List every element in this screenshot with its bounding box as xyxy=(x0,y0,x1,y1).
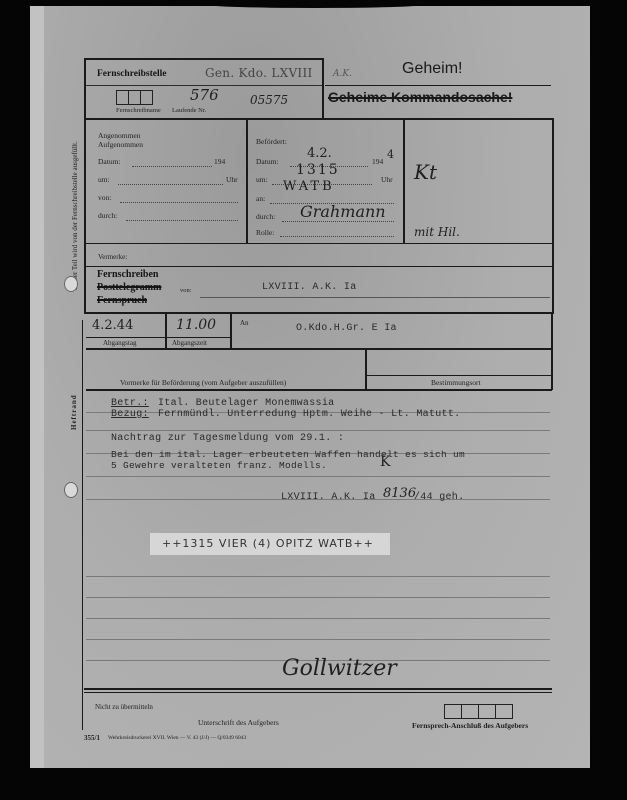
received-time-unit: Uhr xyxy=(226,175,238,184)
destination-line xyxy=(366,375,552,376)
binder-clip xyxy=(200,0,430,8)
ruled-line xyxy=(86,639,550,640)
block-divider-2 xyxy=(403,118,405,244)
type-telephone: Fernspruch xyxy=(97,295,147,306)
forwarded-roll-line xyxy=(280,236,394,237)
received-year: 194 xyxy=(214,157,225,166)
reference-label: Bezug: xyxy=(111,409,149,420)
station-stamp-suffix: A.K. xyxy=(333,69,352,79)
block-bottom-line xyxy=(84,243,552,244)
received-date-line xyxy=(132,166,212,167)
received-by-label: durch: xyxy=(98,211,117,220)
destination-label: Bestimmungsort xyxy=(431,378,481,387)
forwarded-year: 194 xyxy=(372,157,383,166)
classification-struck: Geheime Kommandosache! xyxy=(328,89,512,105)
body-line-3: 5 Gewehre veralteten franz. Modells. xyxy=(111,460,327,471)
body-line-2: Bei den im ital. Lager erbeuteten Waffen… xyxy=(111,449,465,460)
forwarded-time-label: um: xyxy=(256,175,268,184)
teletype-strip-text: ++1315 VIER (4) OPITZ WATB++ xyxy=(162,537,374,550)
ruled-line xyxy=(86,430,550,431)
serial-number-value: 05575 xyxy=(250,93,288,107)
reference-number-suffix: /44 geh. xyxy=(414,492,464,503)
punch-hole-bottom xyxy=(64,482,78,498)
received-by-line xyxy=(126,220,238,221)
forwarded-by-signature: Grahmann xyxy=(300,202,386,221)
footer-line-2 xyxy=(84,692,552,693)
reference-number-hand: 8136 xyxy=(383,486,416,501)
dispatch-date-label: Abgangstag xyxy=(103,339,136,347)
classification-divider xyxy=(325,85,551,86)
teletype-name-value: 576 xyxy=(190,86,219,104)
forwarded-title: Befördert: xyxy=(256,137,287,146)
to-value: O.Kdo.H.Gr. E Ia xyxy=(296,323,397,334)
received-time-label: um: xyxy=(98,175,110,184)
forwarded-date-value: 4.2. xyxy=(307,146,332,161)
dispatch-time-value: 11.00 xyxy=(176,317,216,333)
forwarded-by-label: durch: xyxy=(256,212,275,221)
dispatch-divider-2 xyxy=(230,314,232,349)
forwarded-to-value: WATB xyxy=(283,179,335,194)
type-post-telegram: Posttelegramm xyxy=(97,282,161,293)
forwarded-time-value: 1315 xyxy=(296,162,340,178)
margin-line xyxy=(82,320,83,730)
initials-mark: Kt xyxy=(414,160,437,184)
received-from-label: von: xyxy=(98,193,111,202)
block-divider-1 xyxy=(246,118,248,244)
ruled-line xyxy=(86,618,550,619)
remarks-label: Vermerke: xyxy=(98,253,127,261)
footer-line-1 xyxy=(84,688,552,690)
remarks-bottom-line xyxy=(84,266,552,267)
dispatch-time-label: Abgangszeit xyxy=(172,339,207,347)
type-teletype: Fernschreiben xyxy=(97,269,158,280)
to-label: An xyxy=(240,319,249,327)
reference-value: Fernmündl. Unterredung Hptm. Weihe - Lt.… xyxy=(158,409,460,420)
dispatch-date-value: 4.2.44 xyxy=(92,318,133,333)
dispatch-right-border xyxy=(551,314,553,390)
received-title-2: Aufgenommen xyxy=(98,140,143,149)
subject-label: Betr.: xyxy=(111,398,149,409)
forwarded-by-line xyxy=(282,221,394,222)
from-line xyxy=(200,297,550,298)
dispatch-label-line xyxy=(86,337,230,338)
side-label-heftrand: Heftrand xyxy=(70,394,78,430)
reference-number-prefix: LXVIII. A.K. Ia xyxy=(281,492,376,503)
teletype-name-label: Fernschreibname xyxy=(116,107,161,114)
received-title-1: Angenommen xyxy=(98,131,141,140)
forwarded-time-unit: Uhr xyxy=(381,175,393,184)
body-line-1: Nachtrag zur Tagesmeldung vom 29.1. : xyxy=(111,433,344,444)
side-label-top: Dieser Teil wird von der Fernschreibstel… xyxy=(71,141,79,290)
ruled-line xyxy=(86,597,550,598)
teletype-name-cells xyxy=(116,90,153,105)
forwarded-roll-label: Rolle: xyxy=(256,228,274,237)
handwritten-note: mit Hil. xyxy=(414,225,460,239)
received-date-label: Datum: xyxy=(98,157,121,166)
station-label: Fernschreibstelle xyxy=(97,69,166,79)
not-transmit-label: Nicht zu übermitteln xyxy=(95,703,153,711)
serial-label: Laufende Nr. xyxy=(172,107,206,114)
received-time-line xyxy=(118,184,223,185)
dispatch-bottom-line xyxy=(86,348,552,350)
notes-divider xyxy=(365,348,367,390)
station-stamp: Gen. Kdo. LXVIII xyxy=(205,66,313,80)
signature-label: Unterschrift des Aufgebers xyxy=(198,718,279,727)
phone-label: Fernsprech-Anschluß des Aufgebers xyxy=(412,721,528,730)
forwarded-year-suffix: 4 xyxy=(387,148,394,161)
notes-bottom-line xyxy=(86,389,552,391)
received-from-line xyxy=(120,202,238,203)
form-number: 355/1 xyxy=(84,734,100,742)
phone-number-cells xyxy=(444,704,513,719)
transport-notes-label: Vormerke für Beförderung (vom Aufgeber a… xyxy=(120,378,286,387)
sender-signature: Gollwitzer xyxy=(282,656,397,681)
subject-value: Ital. Beutelager Monemwassia xyxy=(158,398,334,409)
print-info: Wehrkreisdruckerei XVII. Wien — V. 43 (J… xyxy=(108,735,246,741)
ruled-line xyxy=(86,476,550,477)
dispatch-divider-1 xyxy=(165,314,167,349)
classification-secret: Geheim! xyxy=(402,60,462,78)
body-check-mark: K xyxy=(380,454,390,470)
forwarded-to-label: an: xyxy=(256,194,265,203)
punch-hole-top xyxy=(64,276,78,292)
page-edge xyxy=(30,6,44,768)
forwarded-date-label: Datum: xyxy=(256,157,279,166)
from-value: LXVIII. A.K. Ia xyxy=(262,282,357,293)
from-label: von: xyxy=(180,287,192,294)
ruled-line xyxy=(86,576,550,577)
